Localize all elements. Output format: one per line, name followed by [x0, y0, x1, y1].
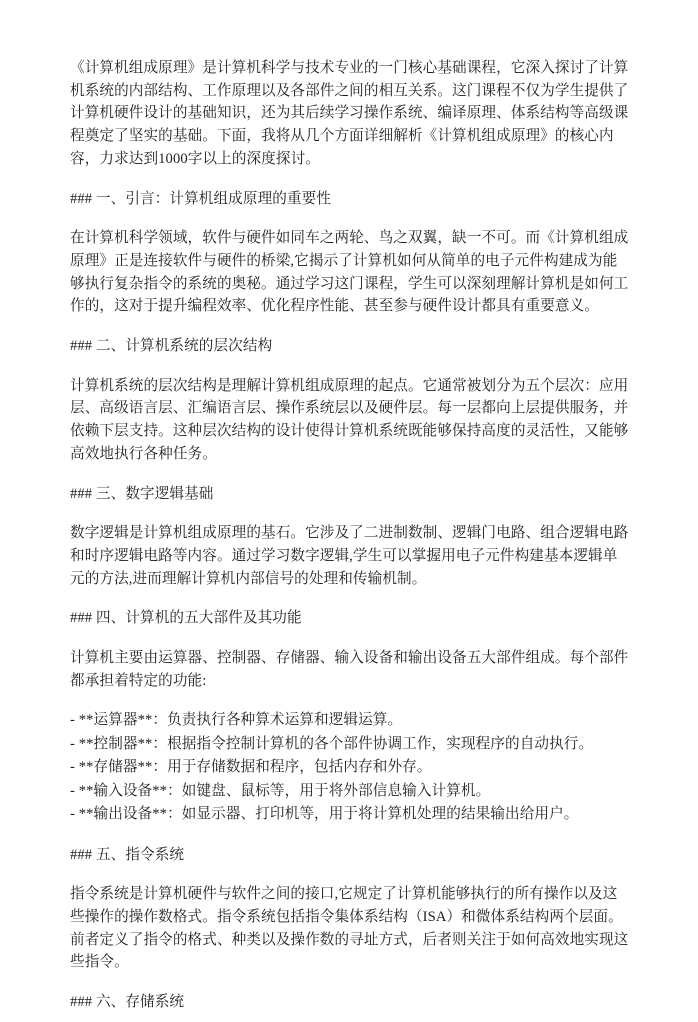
- list-item: - **运算器**：负责执行各种算术运算和逻辑运算。: [70, 709, 632, 732]
- list-item: - **输入设备**：如键盘、鼠标等，用于将外部信息输入计算机。: [70, 780, 632, 803]
- component-list: - **运算器**：负责执行各种算术运算和逻辑运算。 - **控制器**：根据指…: [70, 709, 632, 826]
- section-paragraph-5: 指令系统是计算机硬件与软件之间的接口,它规定了计算机能够执行的所有操作以及这些操…: [70, 883, 632, 974]
- intro-paragraph: 《计算机组成原理》是计算机科学与技术专业的一门核心基础课程，它深入探讨了计算机系…: [70, 57, 632, 171]
- list-item: - **输出设备**：如显示器、打印机等，用于将计算机处理的结果输出给用户。: [70, 803, 632, 826]
- section-paragraph-3: 数字逻辑是计算机组成原理的基石。它涉及了二进制数制、逻辑门电路、组合逻辑电路和时…: [70, 522, 632, 590]
- section-heading-6: ### 六、存储系统: [70, 991, 632, 1014]
- section-paragraph-4: 计算机主要由运算器、控制器、存储器、输入设备和输出设备五大部件组成。每个部件都承…: [70, 647, 632, 692]
- section-heading-2: ### 二、计算机系统的层次结构: [70, 335, 632, 358]
- section-heading-4: ### 四、计算机的五大部件及其功能: [70, 607, 632, 630]
- section-heading-1: ### 一、引言：计算机组成原理的重要性: [70, 188, 632, 211]
- section-heading-5: ### 五、指令系统: [70, 844, 632, 867]
- list-item: - **存储器**：用于存储数据和程序，包括内存和外存。: [70, 756, 632, 779]
- document-page: 《计算机组成原理》是计算机科学与技术专业的一门核心基础课程，它深入探讨了计算机系…: [0, 0, 698, 1022]
- section-paragraph-1: 在计算机科学领域，软件与硬件如同车之两轮、鸟之双翼，缺一不可。而《计算机组成原理…: [70, 227, 632, 318]
- section-paragraph-2: 计算机系统的层次结构是理解计算机组成原理的起点。它通常被划分为五个层次：应用层、…: [70, 375, 632, 466]
- section-heading-3: ### 三、数字逻辑基础: [70, 483, 632, 506]
- list-item: - **控制器**：根据指令控制计算机的各个部件协调工作，实现程序的自动执行。: [70, 733, 632, 756]
